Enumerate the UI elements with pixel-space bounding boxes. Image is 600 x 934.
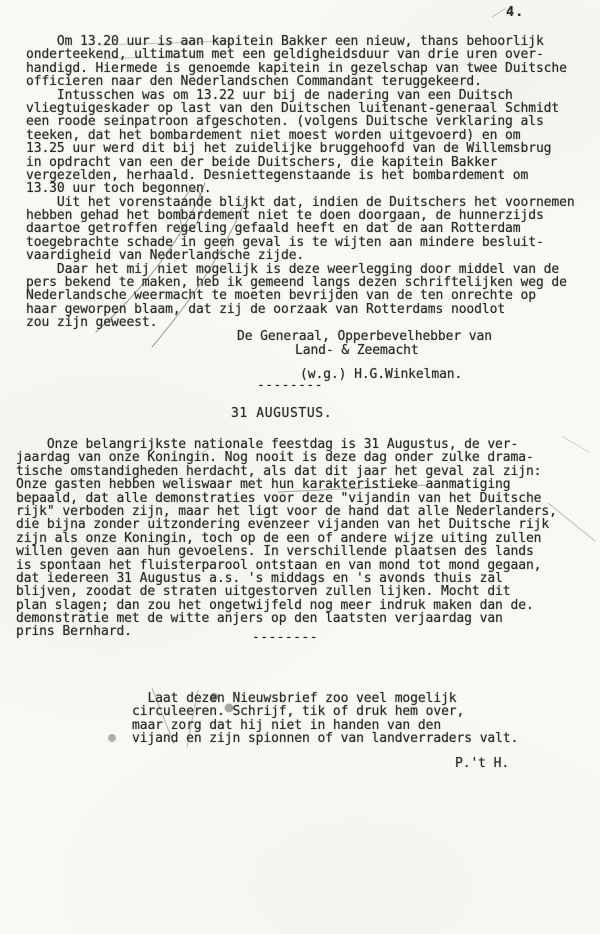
text-line: 13.30 uur toch begonnen. xyxy=(26,182,575,195)
footer-note: Laat dezen Nieuwsbrief zoo veel mogelijk… xyxy=(132,692,518,746)
scratch-mark xyxy=(492,9,505,17)
signed-by: (w.g.) H.G.Winkelman. xyxy=(300,368,462,381)
section-body: Onze belangrijkste nationale feestdag is… xyxy=(16,438,557,639)
text-line: officieren naar den Nederlandschen Comma… xyxy=(26,75,575,88)
page-number: 4. xyxy=(506,6,524,19)
scratch-mark xyxy=(563,437,589,452)
signature-unit-line: Land- & Zeemacht xyxy=(295,344,419,357)
ink-blot-artifact xyxy=(108,734,116,742)
text-line: blijven, zoodat de straten uitgestorven … xyxy=(16,585,557,598)
signature-unit-line: De Generaal, Opperbevelhebber van xyxy=(237,330,492,343)
text-line: vijand en zijn spionnen of van landverra… xyxy=(132,732,518,745)
dash-separator: -------- xyxy=(257,379,323,392)
text-line: in opdracht van een der beide Duitschers… xyxy=(26,156,575,169)
text-line: jaardag van onze Koningin. Nog nooit is … xyxy=(16,451,557,464)
text-line: onderteekend, ultimatum met een geldighe… xyxy=(26,48,575,61)
text-line: 13.25 uur werd dit bij het zuidelijke br… xyxy=(26,142,575,155)
footer-initials: P.'t H. xyxy=(455,757,509,770)
text-line: Onze gasten hebben weliswaar met hun kar… xyxy=(16,478,557,491)
text-line: Intusschen was om 13.22 uur bij de nader… xyxy=(26,89,575,102)
text-line: willen geven aan hun gevoelens. In versc… xyxy=(16,545,557,558)
text-line: circuleeren. Schrijf, tik of druk hem ov… xyxy=(132,705,518,718)
report-body: Om 13.20 uur is aan kapitein Bakker een … xyxy=(26,35,575,330)
text-line: is spontaan het fluisterparool ontstaan … xyxy=(16,559,557,572)
text-line: een roode seinpatroon afgeschoten. (volg… xyxy=(26,115,575,128)
dash-separator: -------- xyxy=(252,631,318,644)
text-line: vaardigheid van Nederlandsche zijde. xyxy=(26,249,575,262)
text-line: zou zijn geweest. xyxy=(26,316,575,329)
text-line: die bijna zonder uitzondering evenzeer v… xyxy=(16,518,557,531)
text-line: daartoe getroffen regeling gefaald heeft… xyxy=(26,222,575,235)
text-line: bepaald, dat alle demonstraties voor dez… xyxy=(16,492,557,505)
document-page: 4. Om 13.20 uur is aan kapitein Bakker e… xyxy=(0,0,600,934)
section-heading: 31 AUGUSTUS. xyxy=(231,407,332,420)
text-line: Nederlandsche weermacht te moeten bevrij… xyxy=(26,289,575,302)
